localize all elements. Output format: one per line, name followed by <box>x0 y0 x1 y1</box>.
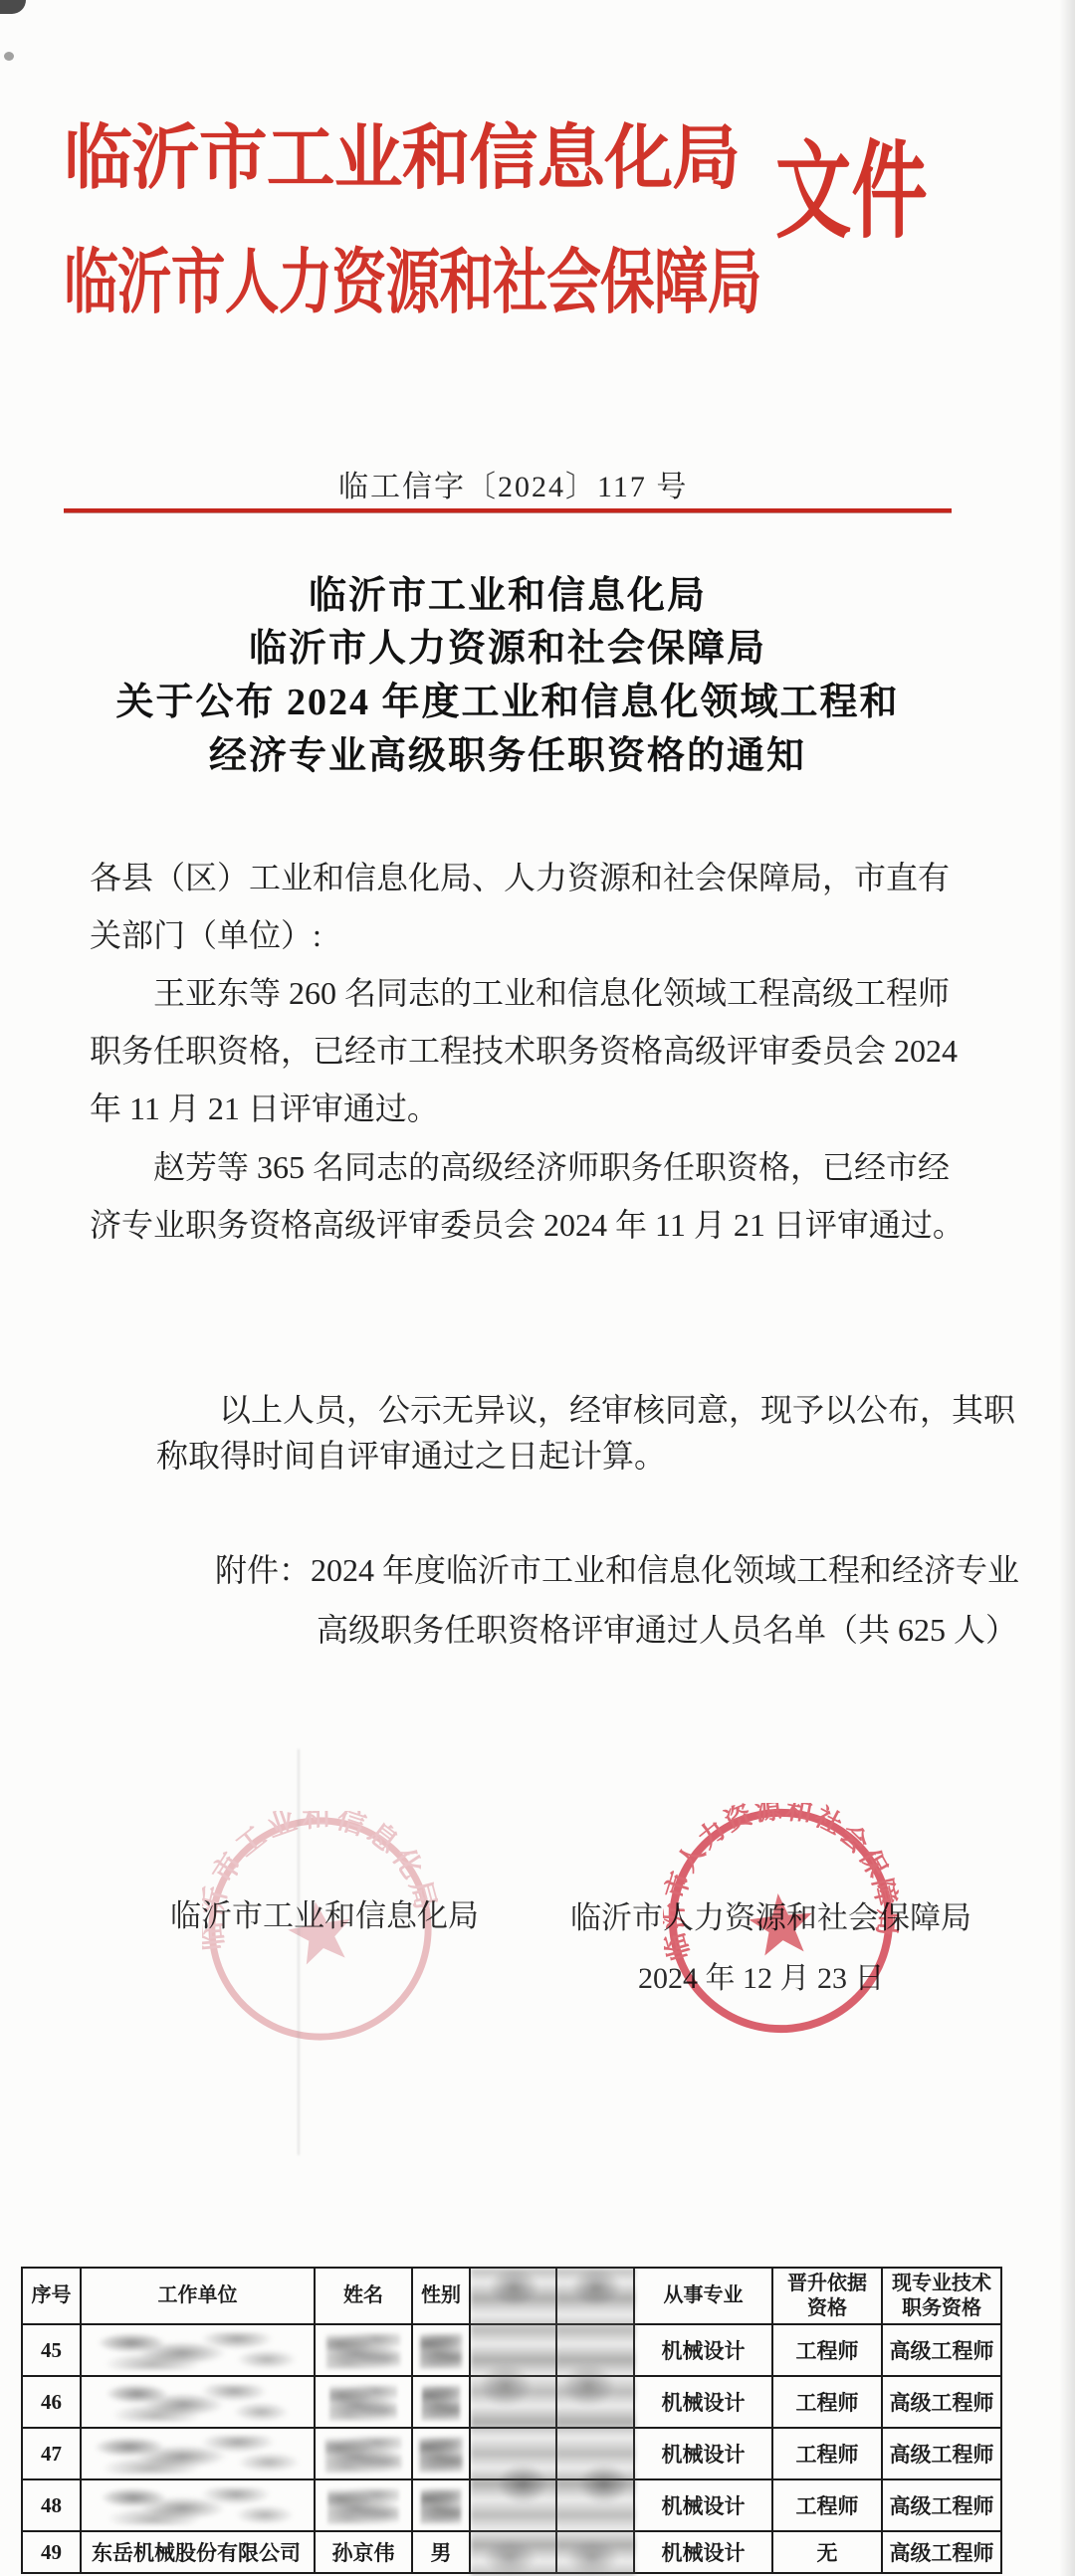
cell-current-title: 高级工程师 <box>882 2324 1001 2376</box>
col-header-unit: 工作单位 <box>81 2268 315 2324</box>
body-line-8: 以上人员，公示无异议，经审核同意，现予以公布，其职 <box>219 1394 1015 1426</box>
cell-current-title: 高级工程师 <box>882 2428 1001 2479</box>
cell-name-redacted <box>315 2479 412 2531</box>
cell-profession: 机械设计 <box>634 2479 772 2531</box>
cell-no: 49 <box>22 2531 81 2573</box>
redaction-smudge <box>329 2385 397 2422</box>
roster-table: 序号 工作单位 姓名 性别 从事专业 晋升依据资格 现专业技术职务资格 45 机… <box>21 2267 1002 2574</box>
cell-redacted-a <box>470 2531 556 2573</box>
cell-unit-redacted <box>81 2376 315 2428</box>
cell-unit-redacted <box>81 2324 315 2376</box>
document-number: 临工信字〔2024〕117 号 <box>338 462 688 505</box>
cell-name-redacted <box>315 2376 412 2428</box>
cell-name-redacted <box>315 2324 412 2376</box>
cell-unit-redacted <box>81 2479 315 2531</box>
letterhead-agency-1: 临沂市工业和信息化局 <box>64 124 740 195</box>
doc-title-line-4: 经济专业高级职务任职资格的通知 <box>0 737 1015 775</box>
doc-title-line-1: 临沂市工业和信息化局 <box>0 577 1015 615</box>
cell-name: 孙京伟 <box>315 2531 412 2573</box>
table-row: 46 机械设计 工程师 高级工程师 <box>22 2376 1001 2428</box>
body-line-4: 职务任职资格，已经市工程技术职务资格高级评审委员会 2024 <box>90 1035 958 1067</box>
scanned-official-document: 临沂市工业和信息化局 临沂市人力资源和社会保障局 文件 临工信字〔2024〕11… <box>0 0 1075 2576</box>
col-header-redacted-b <box>556 2268 634 2324</box>
cell-redacted-b <box>556 2376 634 2428</box>
redaction-smudge <box>420 2333 462 2369</box>
table-header-row: 序号 工作单位 姓名 性别 从事专业 晋升依据资格 现专业技术职务资格 <box>22 2268 1001 2324</box>
letterhead-doc-type: 文件 <box>775 140 928 246</box>
cell-redacted-b <box>556 2479 634 2531</box>
redaction-smudge <box>419 2437 463 2473</box>
body-line-1: 各县（区）工业和信息化局、人力资源和社会保障局，市直有 <box>90 862 950 893</box>
table-row: 49 东岳机械股份有限公司 孙京伟 男 机械设计 无 高级工程师 <box>22 2531 1001 2573</box>
cell-promotion-basis: 工程师 <box>772 2428 882 2479</box>
letterhead-agency-2: 临沂市人力资源和社会保障局 <box>64 249 761 319</box>
col-header-redacted-a <box>470 2268 556 2324</box>
cell-promotion-basis: 工程师 <box>772 2479 882 2531</box>
cell-promotion-basis: 工程师 <box>772 2324 882 2376</box>
cell-no: 47 <box>22 2428 81 2479</box>
table-row: 45 机械设计 工程师 高级工程师 <box>22 2324 1001 2376</box>
cell-redacted-a <box>470 2428 556 2479</box>
table-row: 47 机械设计 工程师 高级工程师 <box>22 2428 1001 2479</box>
doc-title-line-3: 关于公布 2024 年度工业和信息化领域工程和 <box>0 684 1015 721</box>
official-seal-right: 临沂市人力资源和社会保障局 <box>663 1803 899 2039</box>
col-header-current-title: 现专业技术职务资格 <box>882 2268 1001 2324</box>
cell-no: 46 <box>22 2376 81 2428</box>
body-line-2: 关部门（单位）: <box>90 919 322 951</box>
scan-edge-shadow <box>1059 0 1075 2576</box>
body-line-9: 称取得时间自评审通过之日起计算。 <box>156 1440 666 1472</box>
cell-promotion-basis: 工程师 <box>772 2376 882 2428</box>
cell-current-title: 高级工程师 <box>882 2376 1001 2428</box>
cell-redacted-b <box>556 2324 634 2376</box>
redaction-smudge <box>91 2435 309 2475</box>
cell-promotion-basis: 无 <box>772 2531 882 2573</box>
cell-redacted-a <box>470 2479 556 2531</box>
redaction-smudge <box>327 2488 399 2524</box>
body-line-5: 年 11 月 21 日评审通过。 <box>90 1092 439 1124</box>
col-header-promotion-basis: 晋升依据资格 <box>772 2268 882 2324</box>
attachment-line-2: 高级职务任职资格评审通过人员名单（共 625 人） <box>317 1614 1017 1646</box>
body-line-3: 王亚东等 260 名同志的工业和信息化领域工程高级工程师 <box>153 977 950 1009</box>
cell-gender: 男 <box>412 2531 470 2573</box>
scan-speck <box>4 52 14 61</box>
cell-profession: 机械设计 <box>634 2324 772 2376</box>
col-header-name: 姓名 <box>315 2268 412 2324</box>
cell-no: 45 <box>22 2324 81 2376</box>
redaction-smudge <box>421 2488 462 2524</box>
col-header-no: 序号 <box>22 2268 81 2324</box>
body-line-7: 济专业职务资格高级评审委员会 2024 年 11 月 21 日评审通过。 <box>90 1209 965 1241</box>
scan-fold-line <box>298 1749 300 2155</box>
cell-current-title: 高级工程师 <box>882 2531 1001 2573</box>
redaction-smudge <box>97 2486 302 2525</box>
col-header-profession: 从事专业 <box>634 2268 772 2324</box>
cell-name-redacted <box>315 2428 412 2479</box>
cell-gender-redacted <box>412 2479 470 2531</box>
cell-redacted-b <box>556 2531 634 2573</box>
cell-redacted-b <box>556 2428 634 2479</box>
cell-profession: 机械设计 <box>634 2531 772 2573</box>
cell-redacted-a <box>470 2376 556 2428</box>
redaction-smudge <box>94 2332 305 2370</box>
attachment-line-1: 附件：2024 年度临沂市工业和信息化领域工程和经济专业 <box>215 1554 1019 1586</box>
cell-no: 48 <box>22 2479 81 2531</box>
doc-title-line-2: 临沂市人力资源和社会保障局 <box>0 630 1015 668</box>
seal-star-icon <box>284 1896 356 1967</box>
col-header-gender: 性别 <box>412 2268 470 2324</box>
table-row: 48 机械设计 工程师 高级工程师 <box>22 2479 1001 2531</box>
official-seal-left: 临沂市工业和信息化局 <box>202 1811 438 2047</box>
cell-unit: 东岳机械股份有限公司 <box>81 2531 315 2573</box>
cell-profession: 机械设计 <box>634 2376 772 2428</box>
redaction-smudge <box>102 2383 296 2423</box>
cell-gender-redacted <box>412 2428 470 2479</box>
redaction-smudge <box>326 2333 400 2369</box>
cell-redacted-a <box>470 2324 556 2376</box>
cell-profession: 机械设计 <box>634 2428 772 2479</box>
scan-speck <box>0 0 26 14</box>
cell-gender-redacted <box>412 2324 470 2376</box>
cell-current-title: 高级工程师 <box>882 2479 1001 2531</box>
cell-unit-redacted <box>81 2428 315 2479</box>
redaction-smudge <box>422 2385 461 2421</box>
body-line-6: 赵芳等 365 名同志的高级经济师职务任职资格，已经市经 <box>153 1151 950 1183</box>
cell-gender-redacted <box>412 2376 470 2428</box>
redaction-smudge <box>325 2437 402 2474</box>
red-separator-rule <box>64 508 952 512</box>
seal-star-icon <box>747 1890 816 1957</box>
